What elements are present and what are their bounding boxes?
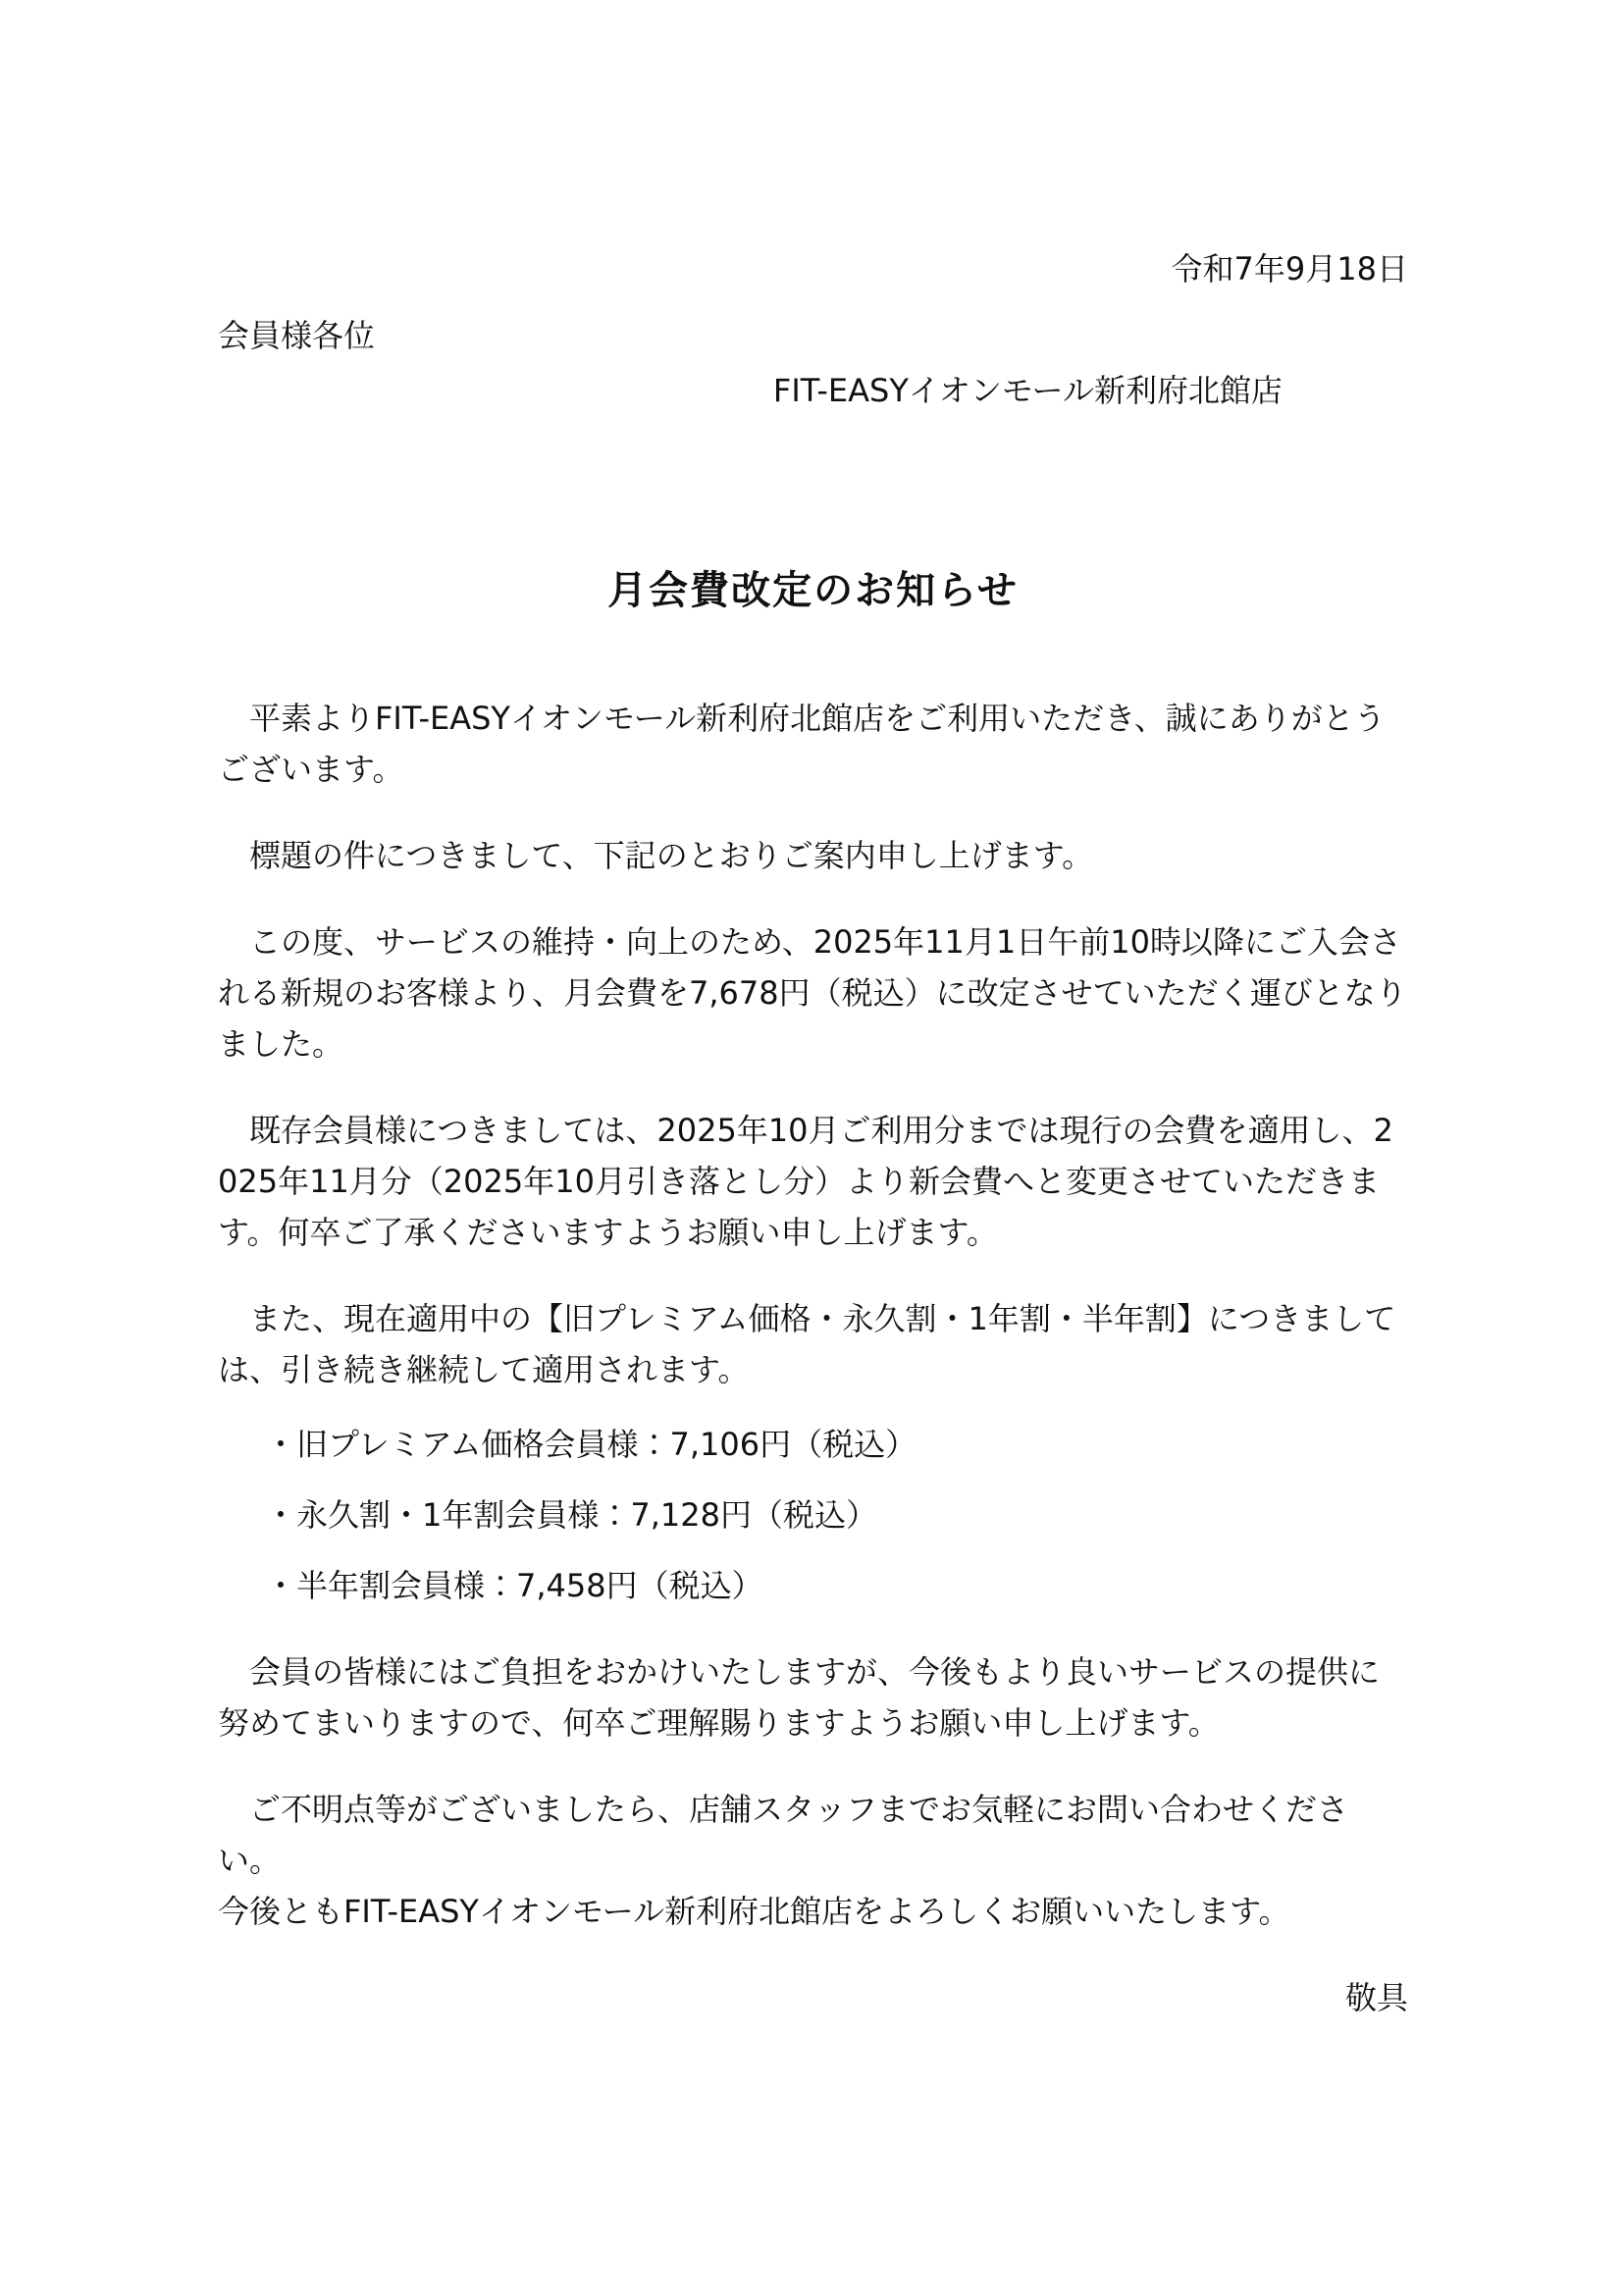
- paragraph-intro: 標題の件につきまして、下記のとおりご案内申し上げます。: [218, 830, 1408, 881]
- letter-date: 令和7年9月18日: [218, 243, 1408, 294]
- paragraph-farewell: 今後ともFIT-EASYイオンモール新利府北館店をよろしくお願いいたします。: [218, 1886, 1408, 1937]
- paragraph-fee-revision: この度、サービスの維持・向上のため、2025年11月1日午前10時以降にご入会さ…: [218, 916, 1408, 1069]
- paragraph-discount-plans: また、現在適用中の【旧プレミアム価格・永久割・1年割・半年割】につきましては、引…: [218, 1293, 1408, 1395]
- paragraph-apology: 会員の皆様にはご負担をおかけいたしますが、今後もより良いサービスの提供に努めてま…: [218, 1646, 1408, 1748]
- paragraph-existing-members: 既存会員様につきましては、2025年10月ご利用分までは現行の会費を適用し、20…: [218, 1105, 1408, 1258]
- letter-sender: FIT-EASYイオンモール新利府北館店: [218, 365, 1408, 416]
- paragraph-contact: ご不明点等がございましたら、店舗スタッフまでお気軽にお問い合わせください。: [218, 1784, 1408, 1886]
- document-page: 令和7年9月18日 会員様各位 FIT-EASYイオンモール新利府北館店 月会費…: [0, 0, 1624, 2295]
- fee-item-old-premium: ・旧プレミアム価格会員様：7,106円（税込）: [218, 1419, 1408, 1470]
- fee-item-hannen: ・半年割会員様：7,458円（税込）: [218, 1560, 1408, 1611]
- fee-item-eikyu-1nen: ・永久割・1年割会員様：7,128円（税込）: [218, 1489, 1408, 1540]
- letter-title: 月会費改定のお知らせ: [218, 561, 1408, 620]
- letter-recipient: 会員様各位: [218, 310, 1408, 361]
- letter-closing: 敬具: [218, 1972, 1408, 2023]
- fee-list: ・旧プレミアム価格会員様：7,106円（税込） ・永久割・1年割会員様：7,12…: [218, 1419, 1408, 1611]
- paragraph-greeting: 平素よりFIT-EASYイオンモール新利府北館店をご利用いただき、誠にありがとう…: [218, 693, 1408, 795]
